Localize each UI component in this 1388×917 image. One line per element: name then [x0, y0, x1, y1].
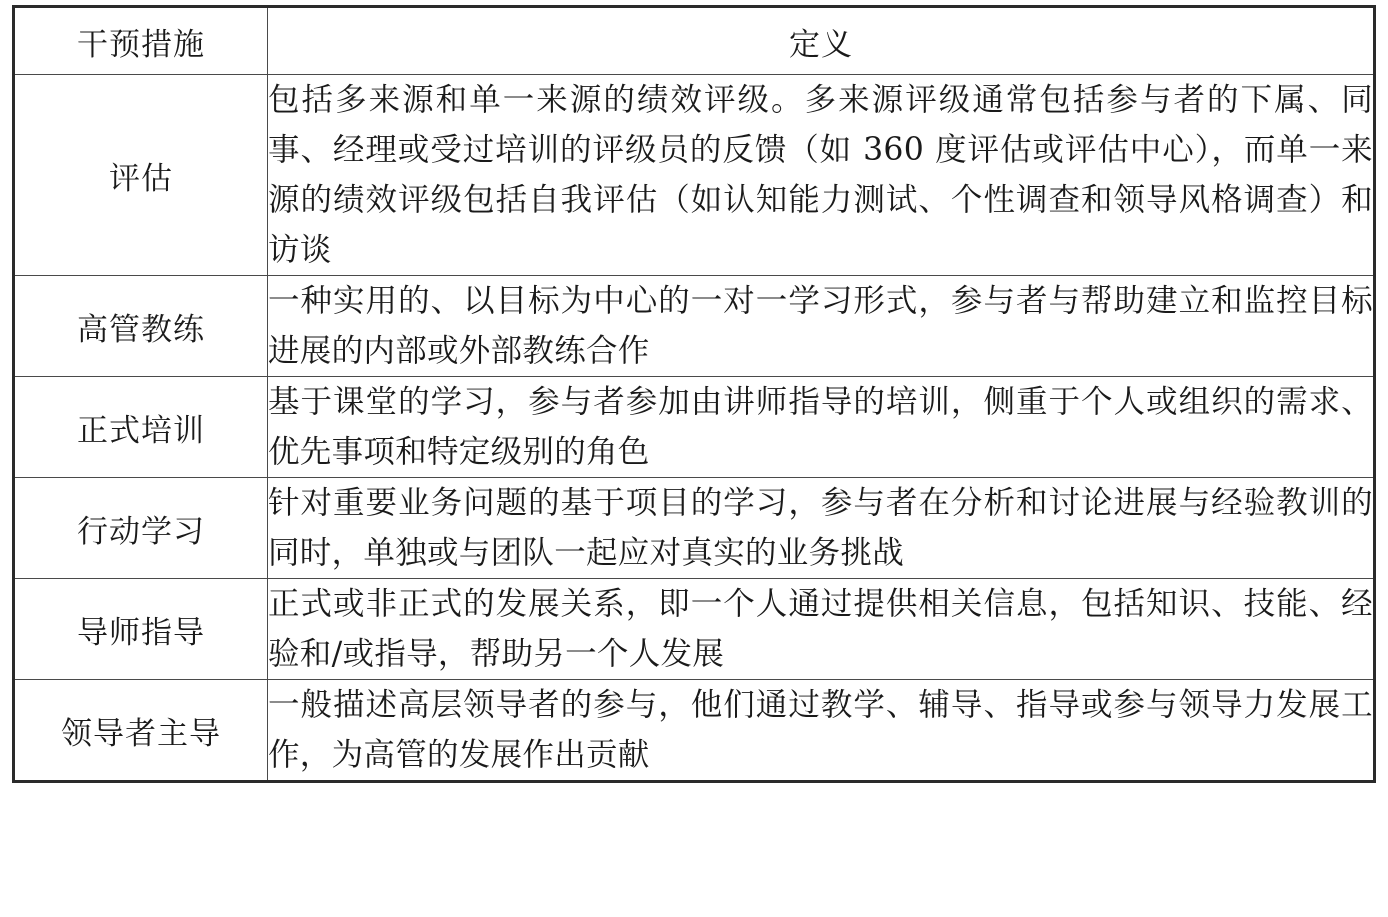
intervention-cell: 行动学习 [14, 478, 268, 579]
intervention-cell: 领导者主导 [14, 680, 268, 782]
definition-cell: 针对重要业务问题的基于项目的学习，参与者在分析和讨论进展与经验教训的同时，单独或… [268, 478, 1375, 579]
definition-cell: 一种实用的、以目标为中心的一对一学习形式，参与者与帮助建立和监控目标进展的内部或… [268, 276, 1375, 377]
intervention-cell: 正式培训 [14, 377, 268, 478]
definition-cell: 包括多来源和单一来源的绩效评级。多来源评级通常包括参与者的下属、同事、经理或受过… [268, 75, 1375, 276]
table-row: 行动学习 针对重要业务问题的基于项目的学习，参与者在分析和讨论进展与经验教训的同… [14, 478, 1375, 579]
table-row: 导师指导 正式或非正式的发展关系，即一个人通过提供相关信息，包括知识、技能、经验… [14, 579, 1375, 680]
table-row: 领导者主导 一般描述高层领导者的参与，他们通过教学、辅导、指导或参与领导力发展工… [14, 680, 1375, 782]
table-row: 评估 包括多来源和单一来源的绩效评级。多来源评级通常包括参与者的下属、同事、经理… [14, 75, 1375, 276]
table-row: 正式培训 基于课堂的学习，参与者参加由讲师指导的培训，侧重于个人或组织的需求、优… [14, 377, 1375, 478]
intervention-definitions-table: 干预措施 定义 评估 包括多来源和单一来源的绩效评级。多来源评级通常包括参与者的… [12, 5, 1376, 783]
table-header-row: 干预措施 定义 [14, 7, 1375, 75]
intervention-cell: 高管教练 [14, 276, 268, 377]
header-intervention: 干预措施 [14, 7, 268, 75]
header-definition: 定义 [268, 7, 1375, 75]
intervention-cell: 导师指导 [14, 579, 268, 680]
table-row: 高管教练 一种实用的、以目标为中心的一对一学习形式，参与者与帮助建立和监控目标进… [14, 276, 1375, 377]
definition-cell: 一般描述高层领导者的参与，他们通过教学、辅导、指导或参与领导力发展工作，为高管的… [268, 680, 1375, 782]
definition-cell: 正式或非正式的发展关系，即一个人通过提供相关信息，包括知识、技能、经验和/或指导… [268, 579, 1375, 680]
intervention-definitions-table-container: 干预措施 定义 评估 包括多来源和单一来源的绩效评级。多来源评级通常包括参与者的… [12, 5, 1373, 783]
definition-cell: 基于课堂的学习，参与者参加由讲师指导的培训，侧重于个人或组织的需求、优先事项和特… [268, 377, 1375, 478]
intervention-cell: 评估 [14, 75, 268, 276]
